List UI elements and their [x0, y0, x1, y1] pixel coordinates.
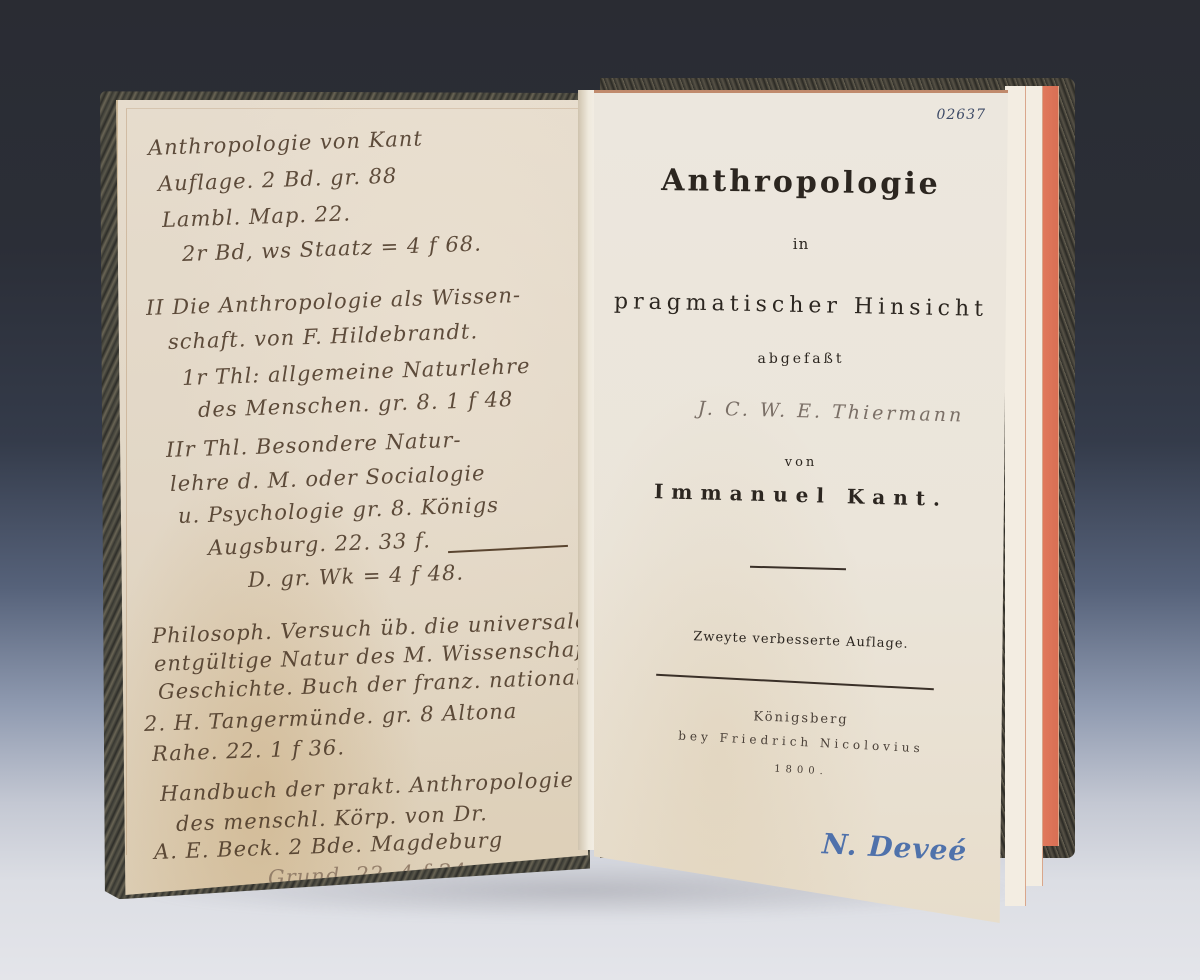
edition-label: Zweyte verbesserte Auflage.	[594, 626, 1008, 655]
author-name: Immanuel Kant.	[594, 478, 1008, 513]
publication-year: 1800.	[594, 754, 1008, 787]
page-edge	[1005, 86, 1026, 906]
title-preposition: in	[594, 235, 1008, 253]
catalog-number: 02637	[936, 107, 986, 123]
book-subtitle: pragmatischer Hinsicht	[594, 289, 1008, 323]
owner-inscription: J. C. W. E. Thiermann	[624, 396, 1038, 429]
composed-label: abgefaßt	[594, 351, 1008, 367]
by-label: von	[594, 455, 1008, 470]
divider-rule	[750, 566, 846, 571]
library-stamp: N. Deveé	[821, 827, 968, 868]
book-title: Anthropologie	[594, 162, 1008, 203]
title-page: 02637 Anthropologie in pragmatischer Hin…	[594, 90, 1008, 923]
divider-rule	[656, 674, 934, 691]
handwritten-page: Anthropologie von Kant Auflage. 2 Bd. gr…	[116, 100, 588, 895]
photo-scene: Anthropologie von Kant Auflage. 2 Bd. gr…	[0, 0, 1200, 980]
